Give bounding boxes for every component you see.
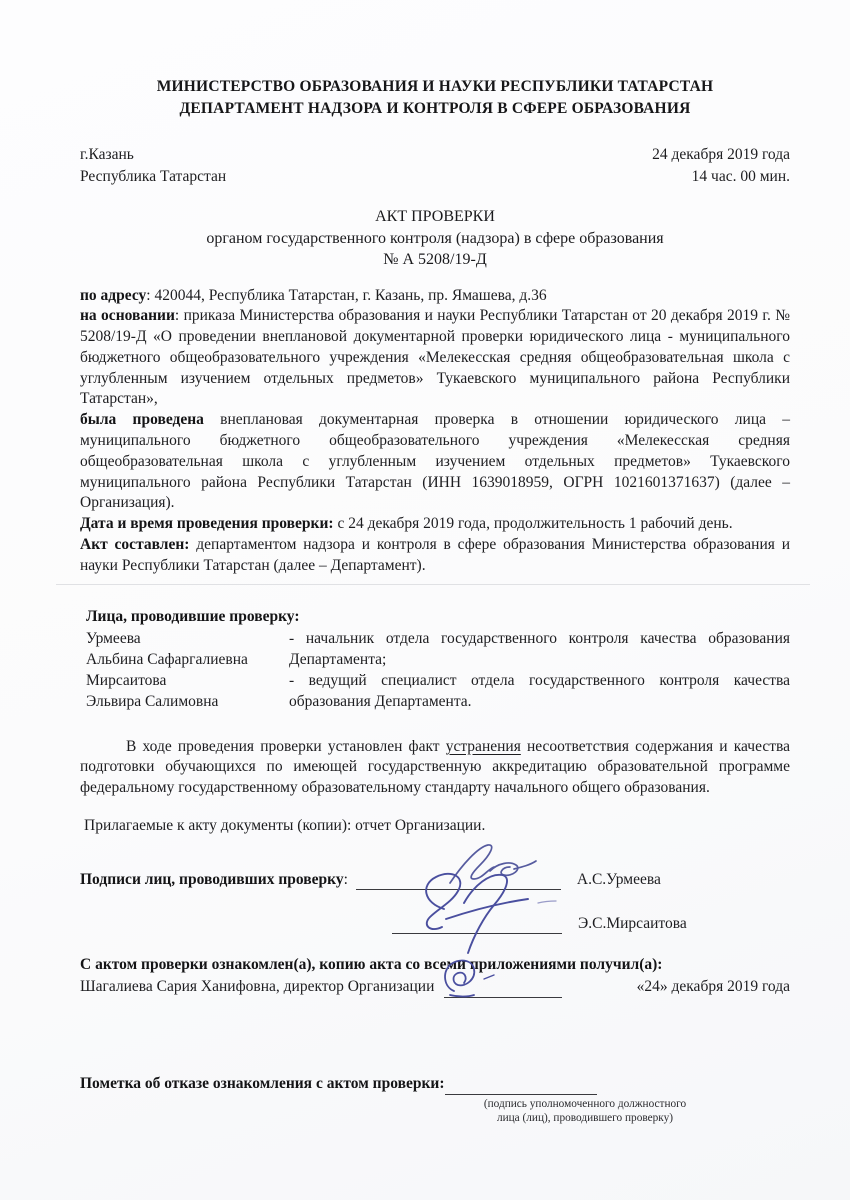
- paragraph-datetime: Дата и время проведения проверки: с 24 д…: [80, 514, 790, 535]
- findings-underlined-word: устранения: [446, 738, 521, 755]
- inspectors-heading: Лица, проводившие проверку:: [86, 606, 790, 627]
- signature-line-1: [356, 871, 561, 890]
- signatures-label: Подписи лиц, проводивших проверку: [80, 869, 344, 890]
- place-block: г.Казань Республика Татарстан: [80, 144, 226, 187]
- signature-row-1: Подписи лиц, проводивших проверку: А.С.У…: [80, 869, 790, 890]
- refusal-note-line-1: (подпись уполномоченного должностного: [460, 1097, 710, 1112]
- paragraph-attachments: Прилагаемые к акту документы (копии): от…: [80, 815, 790, 836]
- document-subtitle: органом государственного контроля (надзо…: [80, 228, 790, 250]
- inspector-name: Урмеева Альбина Сафаргалиевна: [86, 628, 289, 670]
- inspector-surname: Урмеева: [86, 628, 289, 649]
- datetime-label: Дата и время проведения проверки:: [80, 515, 334, 532]
- document-title-block: АКТ ПРОВЕРКИ органом государственного ко…: [80, 206, 790, 271]
- inspector-given-names: Альбина Сафаргалиевна: [86, 649, 289, 670]
- document-date: 24 декабря 2019 года: [652, 144, 790, 166]
- acknowledgement-row: Шагалиева Сария Ханифовна, директор Орга…: [80, 976, 790, 998]
- scanned-document-page: МИНИСТЕРСТВО ОБРАЗОВАНИЯ И НАУКИ РЕСПУБЛ…: [0, 0, 850, 1200]
- acknowledgement-signature-line: [444, 979, 562, 998]
- signature-row-2: Э.С.Мирсаитова: [80, 913, 790, 934]
- signature-urmeeva-ink: [444, 839, 544, 891]
- place-date-block: г.Казань Республика Татарстан 24 декабря…: [80, 144, 790, 187]
- basis-label: на основании: [80, 307, 175, 324]
- inspectors-section: Лица, проводившие проверку: Урмеева Альб…: [80, 606, 790, 712]
- inspector-row: Урмеева Альбина Сафаргалиевна - начальни…: [86, 628, 790, 670]
- refusal-signature-line: [445, 1076, 597, 1095]
- ministry-name: МИНИСТЕРСТВО ОБРАЗОВАНИЯ И НАУКИ РЕСПУБЛ…: [80, 76, 790, 98]
- signature-name-1: А.С.Урмеева: [577, 869, 661, 890]
- paragraph-address: по адресу: 420044, Республика Татарстан,…: [80, 286, 790, 307]
- address-label: по адресу: [80, 287, 146, 304]
- document-header: МИНИСТЕРСТВО ОБРАЗОВАНИЯ И НАУКИ РЕСПУБЛ…: [80, 76, 790, 120]
- signature-line-2: [392, 915, 562, 934]
- address-text: : 420044, Республика Татарстан, г. Казан…: [146, 287, 546, 304]
- department-name: ДЕПАРТАМЕНТ НАДЗОРА И КОНТРОЛЯ В СФЕРЕ О…: [80, 98, 790, 120]
- document-time: 14 час. 00 мин.: [652, 166, 790, 188]
- paragraph-findings: В ходе проведения проверки установлен фа…: [80, 737, 790, 799]
- scan-artifact-line: [56, 584, 810, 585]
- paragraph-conducted: была проведена внеплановая документарная…: [80, 410, 790, 514]
- acknowledgement-person: Шагалиева Сария Ханифовна, директор Орга…: [80, 976, 434, 998]
- refusal-note-line-2: лица (лиц), проводившего проверку): [460, 1111, 710, 1126]
- acknowledgement-section: С актом проверки ознакомлен(а), копию ак…: [80, 954, 790, 998]
- inspector-given-names: Эльвира Салимовна: [86, 691, 289, 712]
- date-block: 24 декабря 2019 года 14 час. 00 мин.: [652, 144, 790, 187]
- acknowledgement-heading: С актом проверки ознакомлен(а), копию ак…: [80, 954, 790, 975]
- datetime-text: с 24 декабря 2019 года, продолжительност…: [334, 515, 733, 532]
- document-title: АКТ ПРОВЕРКИ: [80, 206, 790, 228]
- refusal-label: Пометка об отказе ознакомления с актом п…: [80, 1073, 445, 1095]
- inspector-surname: Мирсаитова: [86, 670, 289, 691]
- signature-name-2: Э.С.Мирсаитова: [578, 913, 687, 934]
- inspector-role: - ведущий специалист отдела государствен…: [289, 670, 790, 712]
- document-number: № А 5208/19-Д: [80, 249, 790, 271]
- place-city: г.Казань: [80, 144, 226, 166]
- composed-label: Акт составлен:: [80, 536, 189, 553]
- acknowledgement-date: «24» декабря 2019 года: [637, 976, 790, 998]
- inspector-row: Мирсаитова Эльвира Салимовна - ведущий с…: [86, 670, 790, 712]
- inspector-role: - начальник отдела государственного конт…: [289, 628, 790, 670]
- inspector-name: Мирсаитова Эльвира Салимовна: [86, 670, 289, 712]
- signatures-colon: :: [344, 869, 348, 890]
- paragraph-basis: на основании: приказа Министерства образ…: [80, 306, 790, 410]
- paragraph-composed: Акт составлен: департаментом надзора и к…: [80, 535, 790, 577]
- findings-before: В ходе проведения проверки установлен фа…: [126, 738, 446, 755]
- basis-text: : приказа Министерства образования и нау…: [80, 307, 790, 407]
- refusal-note: (подпись уполномоченного должностного ли…: [460, 1097, 710, 1126]
- place-region: Республика Татарстан: [80, 166, 226, 188]
- conducted-label: была проведена: [80, 411, 204, 428]
- refusal-section: Пометка об отказе ознакомления с актом п…: [80, 1073, 790, 1095]
